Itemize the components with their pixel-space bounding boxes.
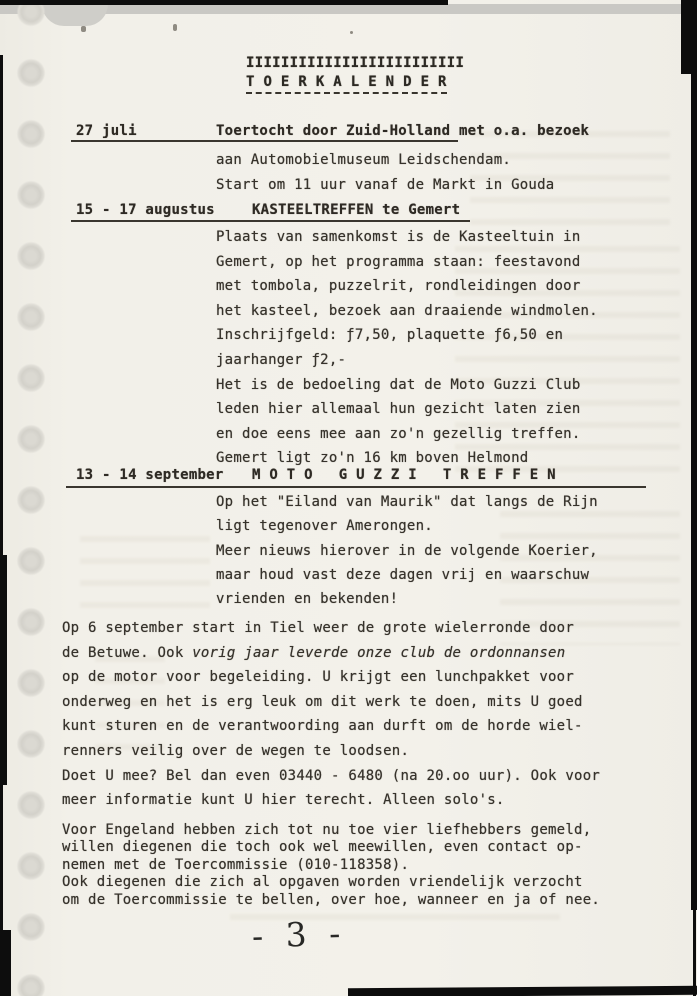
entry-body-line: met tombola, puzzelrit, rondleidingen do… [216, 278, 581, 294]
entry-body-line: leden hier allemaal hun gezicht laten zi… [216, 401, 581, 417]
entry-body-line: aan Automobielmuseum Leidschendam. [216, 152, 511, 168]
entry-date: 27 juli [76, 123, 137, 139]
entry-body-line: en doe eens mee aan zo'n gezellig treffe… [216, 426, 581, 442]
bleed-through-smudge [80, 520, 210, 620]
paragraph-line: op de motor voor begeleiding. U krijgt e… [62, 665, 600, 690]
entry-body-line: Op het "Eiland van Maurik" dat langs de … [216, 494, 598, 510]
page-number: - 3 - [251, 913, 347, 955]
scan-edge-right-lower [693, 600, 696, 996]
page-title-block: IIIIIIIIIIIIIIIIIIIIIIIII T O E R K A L … [246, 55, 464, 94]
entry-underline [71, 140, 458, 142]
text-segment: de Betuwe. Ook [62, 645, 192, 661]
entry-underline [71, 220, 470, 222]
entry-body-line: jaarhanger ƒ2,- [216, 352, 346, 368]
entry-heading: Toertocht door Zuid-Holland met o.a. bez… [216, 123, 589, 139]
paragraph-line: Voor Engeland hebben zich tot nu toe vie… [62, 822, 600, 839]
entry-date: 13 - 14 september [76, 467, 224, 483]
entry-body-line: Inschrijfgeld: ƒ7,50, plaquette ƒ6,50 en [216, 327, 563, 343]
paragraph-line: Ook diegenen die zich al opgaven worden … [62, 874, 600, 891]
entry-body-line: maar houd vast deze dagen vrij en waarsc… [216, 567, 589, 583]
paragraph-line: kunt sturen en de verantwoording aan dur… [62, 714, 600, 739]
paragraph-line: Doet U mee? Bel dan even 03440 - 6480 (n… [62, 764, 600, 789]
paragraph-line: om de Toercommissie te bellen, over hoe,… [62, 892, 600, 909]
entry-body-line: Start om 11 uur vanaf de Markt in Gouda [216, 177, 554, 193]
dust-speck [81, 26, 86, 32]
entry-body-line: het kasteel, bezoek aan draaiende windmo… [216, 303, 598, 319]
entry-heading: M O T O G U Z Z I T R E F F E N [252, 467, 556, 483]
paragraph: Op 6 september start in Tiel weer de gro… [62, 616, 600, 813]
paragraph-line: willen diegenen die toch ook wel meewill… [62, 839, 600, 856]
paragraph-line: Op 6 september start in Tiel weer de gro… [62, 616, 600, 641]
scan-edge-left-mid [0, 555, 7, 785]
next-page-edge [348, 986, 697, 996]
entry-date: 15 - 17 augustus [76, 202, 215, 218]
paragraph: Voor Engeland hebben zich tot nu toe vie… [62, 822, 600, 909]
entry-body-line: Het is de bedoeling dat de Moto Guzzi Cl… [216, 377, 581, 393]
entry-body-line: ligt tegenover Amerongen. [216, 518, 433, 534]
scan-edge-top [0, 0, 448, 5]
paragraph-line: meer informatie kunt U hier terecht. All… [62, 788, 600, 813]
italic-segment: vorig jaar leverde onze club de ordonnan… [192, 645, 565, 661]
entry-body-line: Meer nieuws hierover in de volgende Koer… [216, 543, 598, 559]
scan-edge-left [0, 55, 3, 996]
entry-heading: KASTEELTREFFEN te Gemert [252, 202, 460, 218]
dust-speck [173, 24, 177, 31]
scan-edge-left-bottom [0, 930, 11, 996]
entry-body-line: Gemert ligt zo'n 16 km boven Helmond [216, 450, 528, 466]
entry-body-line: Plaats van samenkomst is de Kasteeltuin … [216, 229, 581, 245]
page-title: T O E R K A L E N D E R [246, 74, 447, 94]
scanned-page: IIIIIIIIIIIIIIIIIIIIIIIII T O E R K A L … [0, 0, 697, 996]
paragraph-line: de Betuwe. Ook vorig jaar leverde onze c… [62, 641, 600, 666]
entry-underline [66, 486, 646, 488]
dust-speck [350, 31, 353, 34]
paragraph-line: nemen met de Toercommissie (010-118358). [62, 857, 600, 874]
entry-body-line: vrienden en bekenden! [216, 591, 398, 607]
paragraph-line: renners veilig over de wegen te loodsen. [62, 739, 600, 764]
paragraph-line: onderweg en het is erg leuk om dit werk … [62, 690, 600, 715]
binder-holes [0, 0, 62, 996]
title-decoration: IIIIIIIIIIIIIIIIIIIIIIIII [246, 55, 464, 71]
entry-body-line: Gemert, op het programma staan: feestavo… [216, 254, 581, 270]
